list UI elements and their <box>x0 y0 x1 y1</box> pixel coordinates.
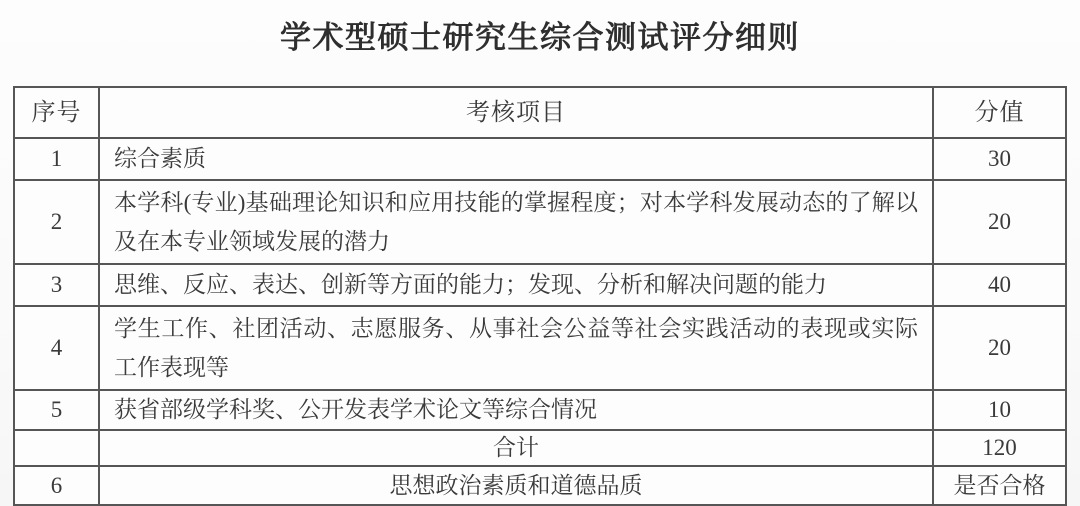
cell-item: 思想政治素质和道德品质 <box>99 466 933 505</box>
cell-score: 10 <box>933 390 1066 430</box>
cell-score: 是否合格 <box>933 466 1066 505</box>
cell-no: 2 <box>14 180 99 264</box>
page-title: 学术型硕士研究生综合测试评分细则 <box>0 0 1080 57</box>
header-no: 序号 <box>14 87 99 138</box>
table-row: 2 本学科(专业)基础理论知识和应用技能的掌握程度；对本学科发展动态的了解以及在… <box>14 180 1066 264</box>
table-row: 4 学生工作、社团活动、志愿服务、从事社会公益等社会实践活动的表现或实际工作表现… <box>14 306 1066 390</box>
cell-item: 综合素质 <box>99 138 933 180</box>
cell-score: 20 <box>933 306 1066 390</box>
table-row: 5 获省部级学科奖、公开发表学术论文等综合情况 10 <box>14 390 1066 430</box>
table-row: 3 思维、反应、表达、创新等方面的能力；发现、分析和解决问题的能力 40 <box>14 264 1066 306</box>
cell-no: 1 <box>14 138 99 180</box>
table-header-row: 序号 考核项目 分值 <box>14 87 1066 138</box>
cell-score: 30 <box>933 138 1066 180</box>
cell-item: 合计 <box>99 430 933 466</box>
cell-item: 学生工作、社团活动、志愿服务、从事社会公益等社会实践活动的表现或实际工作表现等 <box>99 306 933 390</box>
cell-score: 40 <box>933 264 1066 306</box>
cell-no: 3 <box>14 264 99 306</box>
table-row: 6 思想政治素质和道德品质 是否合格 <box>14 466 1066 505</box>
cell-no <box>14 430 99 466</box>
cell-item: 本学科(专业)基础理论知识和应用技能的掌握程度；对本学科发展动态的了解以及在本专… <box>99 180 933 264</box>
cell-no: 4 <box>14 306 99 390</box>
cell-no: 6 <box>14 466 99 505</box>
cell-score: 20 <box>933 180 1066 264</box>
table-row: 1 综合素质 30 <box>14 138 1066 180</box>
cell-no: 5 <box>14 390 99 430</box>
header-score: 分值 <box>933 87 1066 138</box>
cell-item: 获省部级学科奖、公开发表学术论文等综合情况 <box>99 390 933 430</box>
document-page: 学术型硕士研究生综合测试评分细则 序号 考核项目 分值 1 综合素质 30 2 … <box>0 0 1080 506</box>
table-row-total: 合计 120 <box>14 430 1066 466</box>
cell-score: 120 <box>933 430 1066 466</box>
cell-item: 思维、反应、表达、创新等方面的能力；发现、分析和解决问题的能力 <box>99 264 933 306</box>
header-item: 考核项目 <box>99 87 933 138</box>
score-table: 序号 考核项目 分值 1 综合素质 30 2 本学科(专业)基础理论知识和应用技… <box>13 86 1067 506</box>
